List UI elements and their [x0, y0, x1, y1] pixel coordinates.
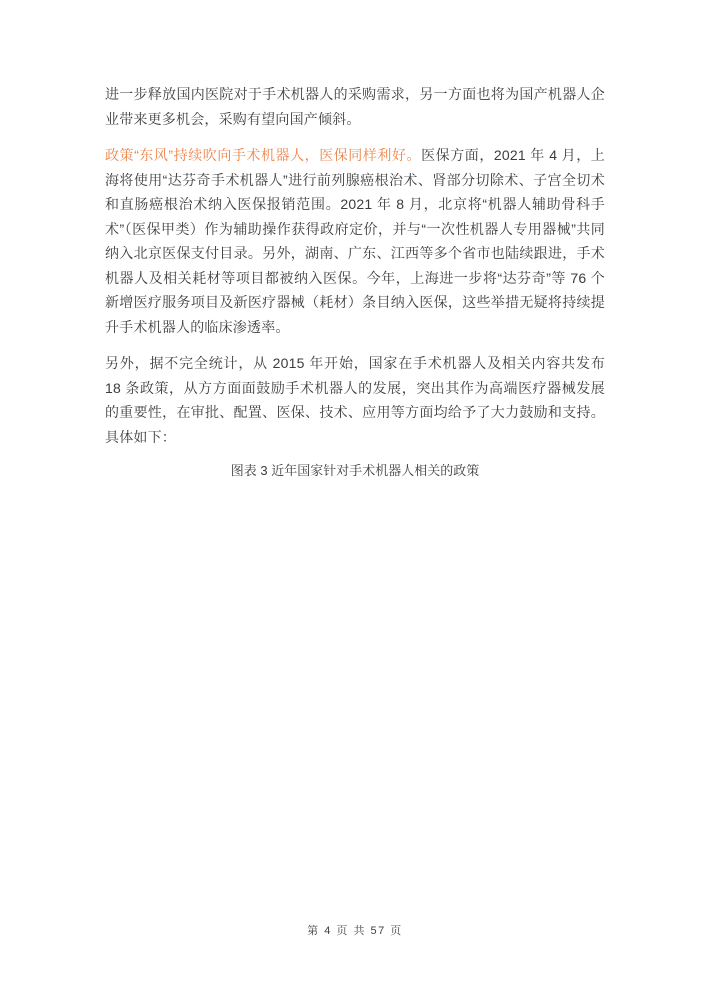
paragraph-procurement: 进一步释放国内医院对于手术机器人的采购需求，另一方面也将为国产机器人企业带来更多… — [105, 82, 605, 131]
paragraph-policy-medicare: 政策“东风”持续吹向手术机器人，医保同样利好。医保方面，2021 年 4 月，上… — [105, 143, 605, 339]
page-number: 第 4 页 共 57 页 — [0, 922, 710, 938]
policy-highlight-sentence: 政策“东风”持续吹向手术机器人，医保同样利好。 — [105, 147, 421, 163]
figure-caption: 图表 3 近年国家针对手术机器人相关的政策 — [105, 461, 605, 481]
document-page: 进一步释放国内医院对于手术机器人的采购需求，另一方面也将为国产机器人企业带来更多… — [0, 0, 710, 1004]
paragraph-policy-count: 另外，据不完全统计，从 2015 年开始，国家在手术机器人及相关内容共发布 18… — [105, 351, 605, 449]
paragraph-policy-medicare-body: 医保方面，2021 年 4 月，上海将使用“达芬奇手术机器人”进行前列腺癌根治术… — [105, 147, 605, 335]
page-content: 进一步释放国内医院对于手术机器人的采购需求，另一方面也将为国产机器人企业带来更多… — [105, 82, 605, 481]
